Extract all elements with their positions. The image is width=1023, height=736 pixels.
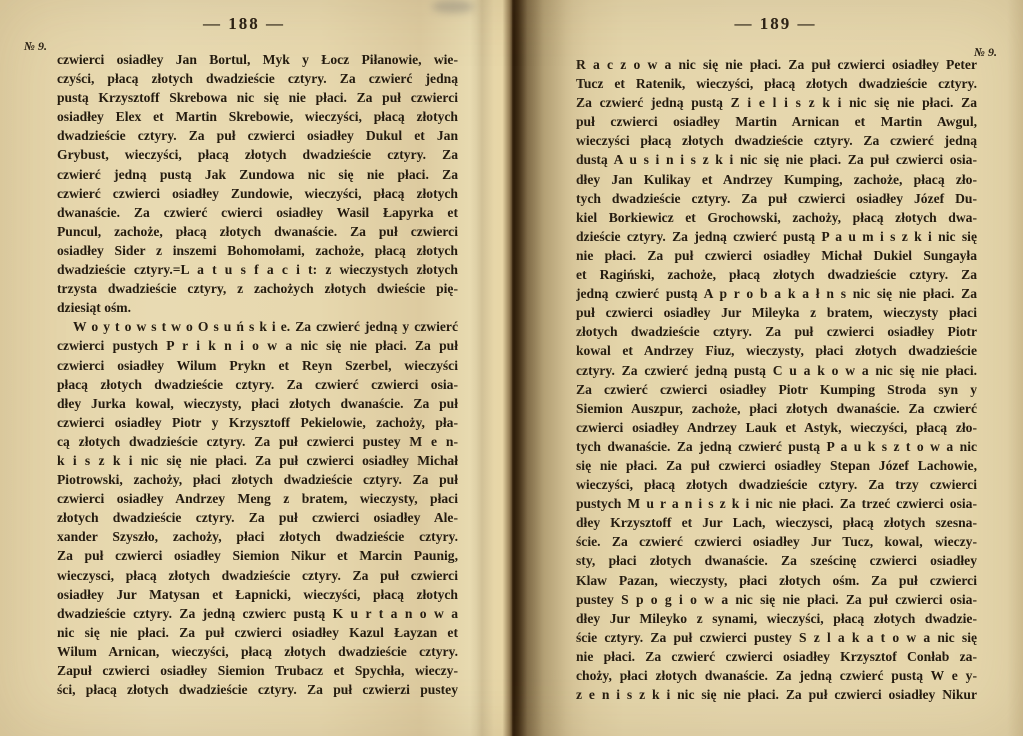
text-line: nic się nie płaci. Za puł czwierci osiad…	[57, 623, 458, 642]
right-text-block: R a c z o w a nic się nie płaci. Za puł …	[576, 55, 977, 704]
text-line: et Ragiński, zachoże, płacą złotych dwad…	[576, 265, 977, 284]
text-line: czwierci osiadłey Wilum Prykn et Reyn Sz…	[57, 356, 458, 375]
page-number-left: — 188 —	[0, 14, 500, 34]
text-line: z e n i s z k i nic się nie płaci. Za pu…	[576, 685, 977, 704]
text-line: nie płaci. Za puł czwierci osiadłey Mich…	[576, 246, 977, 265]
text-line: dustą A u s i n i s z k i nic się nie pł…	[576, 150, 977, 169]
text-line: osiadłey Jur Matysan et Łapnicki, wieczy…	[57, 585, 458, 604]
text-line: puł czwierci osiadłey Martin Arnican et …	[576, 112, 977, 131]
text-line: dwadzieście cztyry. Za jedną czwierc pus…	[57, 604, 458, 623]
text-line: dłey Jurka kowal, wieczysty, płaci złoty…	[57, 394, 458, 413]
text-line: dłey Jan Kulikay et Andrzey Kumping, zac…	[576, 170, 977, 189]
text-line: puł czwierci osiadłey Jur Mileyka z brat…	[576, 303, 977, 322]
text-line: dzieście cztyry. Za jedną czwierć pustą …	[576, 227, 977, 246]
text-line: dwanaście. Za czwierć cwierci osiadłey W…	[57, 203, 458, 222]
text-line: tych dwanaście. Za jedną czwierć pustą P…	[576, 437, 977, 456]
book-scan: — 188 — № 9. czwierci osiadłey Jan Bortu…	[0, 0, 1023, 736]
scan-artifact	[432, 0, 474, 13]
text-line: Wilum Arnican, wieczyści, płacą złotych …	[57, 642, 458, 661]
right-page: — 189 — № 9. R a c z o w a nic się nie p…	[512, 0, 1023, 736]
text-line: kiel Borkiewicz et Grochowski, zachoży, …	[576, 208, 977, 227]
text-line: Za czwierć czwierci osiadłey Piotr Kumpi…	[576, 380, 977, 399]
text-line: Zapuł czwierci osiadłey Siemion Trubacz …	[57, 661, 458, 680]
text-line: kowal et Andrzey Fiuz, wieczysty, płaci …	[576, 341, 977, 360]
text-line: Puncul, zachoże, płacą złotych dwanaście…	[57, 222, 458, 241]
text-line: jedną czwierć pustą A p r o b a k a ł n …	[576, 284, 977, 303]
text-line: Za czwierć jedną pustą Z i e l i s z k i…	[576, 93, 977, 112]
text-line: sty, płaci złotych dwanaście. Za sześcin…	[576, 551, 977, 570]
text-line: złotych dwadzieście cztyry. Za puł czwie…	[57, 508, 458, 527]
text-line: k i s z k i nic się nie płaci. Za puł cz…	[57, 451, 458, 470]
text-line: czwierci osiadłey Andrzey Lauk et Astyk,…	[576, 418, 977, 437]
left-page: — 188 — № 9. czwierci osiadłey Jan Bortu…	[0, 0, 512, 736]
text-line: czyści, płacą złotych dwadzieście cztyry…	[57, 69, 458, 88]
text-line: Grybust, wieczyści, płacą złotych dwadzi…	[57, 145, 458, 164]
text-line: Tucz et Ratenik, wieczyści, płacą złotyc…	[576, 74, 977, 93]
left-text-block: czwierci osiadłey Jan Bortul, Myk y Łocz…	[57, 50, 458, 699]
text-line: Za puł czwierci osiadłey Siemion Nikur e…	[57, 546, 458, 565]
text-line: dwadzieście cztyry.=L a t u s f a c i t:…	[57, 260, 458, 279]
text-line: ści, płacą złotych dwadzieście cztyry. Z…	[57, 680, 458, 699]
text-line: pustą Krzysztoff Skrebowa nic się nie pł…	[57, 88, 458, 107]
text-line: pustych M u r a n i s z k i nic nie płac…	[576, 494, 977, 513]
text-line: wieczyści, płacą złotych dwadzieście czt…	[576, 475, 977, 494]
text-line: W o y t o w s t w o O s u ń s k i e. Za …	[57, 317, 458, 336]
text-line: xander Szyszło, zachoży, płaci złotych d…	[57, 527, 458, 546]
text-line: wieczyści płacą złotych dwadzieście czty…	[576, 131, 977, 150]
text-line: dziesiąt ośm.	[57, 298, 458, 317]
page-number-right: — 189 —	[520, 14, 1023, 34]
text-line: dwadzieście cztyry. Za puł czwierci osia…	[57, 126, 458, 145]
text-line: nie płaci. Za czwierć czwierci osiadłey …	[576, 647, 977, 666]
margin-note-right: № 9.	[974, 45, 997, 60]
text-line: tych dwadzieście cztyry. Za puł czwierci…	[576, 189, 977, 208]
text-line: czwierć jedną pustą Jak Zundowa nic się …	[57, 165, 458, 184]
text-line: czwierć czwierci osiadłey Zundowie, wiec…	[57, 184, 458, 203]
text-line: R a c z o w a nic się nie płaci. Za puł …	[576, 55, 977, 74]
text-line: choży, płaci złotych dwanaście. Za jedną…	[576, 666, 977, 685]
text-line: osiadłey Elex et Martin Skrebowie, wiecz…	[57, 107, 458, 126]
margin-note-left: № 9.	[24, 39, 47, 54]
text-line: czwierci osiadłey Andrzey Meng z bratem,…	[57, 489, 458, 508]
text-line: trzysta dwadzieście cztyry, z zachożych …	[57, 279, 458, 298]
text-line: dłey Krzysztoff et Jur Lach, wieczysci, …	[576, 513, 977, 532]
text-line: ście. Za czwierć czwierci osiadłey Jur T…	[576, 532, 977, 551]
text-line: pustey S p o g i o w a nic się nie płaci…	[576, 590, 977, 609]
text-line: czwierci pustych P r i k n i o w a nic s…	[57, 336, 458, 355]
text-line: dłey Jur Mileyko z synami, wieczyści, pł…	[576, 609, 977, 628]
text-line: się nie płaci. Za puł czwierci osiadłey …	[576, 456, 977, 475]
text-line: ście cztyry. Za puł czwierci pustey S z …	[576, 628, 977, 647]
text-line: cztyry. Za czwierć jedną pustą C u a k o…	[576, 361, 977, 380]
text-line: osiadłey Sider z inszemi Bohomołami, zac…	[57, 241, 458, 260]
text-line: wieczysci, płacą złotych dwadzieście czt…	[57, 566, 458, 585]
text-line: Klaw Pazan, wieczysty, płaci złotych ośm…	[576, 571, 977, 590]
text-line: płacą złotych dwadzieście cztyry. Za czw…	[57, 375, 458, 394]
text-line: czwierci osiadłey Jan Bortul, Myk y Łocz…	[57, 50, 458, 69]
text-line: cą złotych dwadzieście cztyry. Za puł cz…	[57, 432, 458, 451]
text-line: czwierci osiadłey Piotr y Krzysztoff Pek…	[57, 413, 458, 432]
text-line: złotych dwadzieście cztyry. Za puł czwie…	[576, 322, 977, 341]
text-line: Piotrowski, zachoży, płaci złotych dwadz…	[57, 470, 458, 489]
text-line: Siemion Auszpur, zachoże, płaci złotych …	[576, 399, 977, 418]
